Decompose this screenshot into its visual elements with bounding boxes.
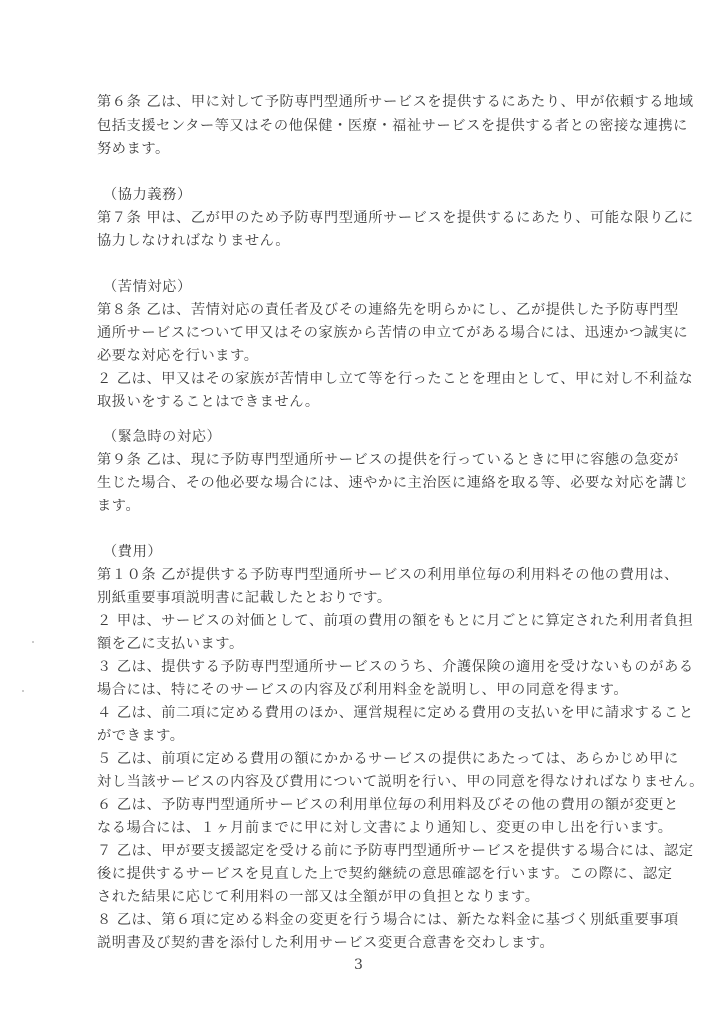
document-page: 第６条 乙は、甲に対して予防専門型通所サービスを提供するにあたり、甲が依頼する地… xyxy=(0,0,723,1024)
article-8-line-4: ２ 乙は、甲又はその家族が苦情申し立て等を行ったことを理由として、甲に対し不利益… xyxy=(97,369,693,389)
article-10-line-10: 対し当該サービスの内容及び費用について説明を行い、甲の同意を得なければなりません… xyxy=(97,772,704,792)
article-8-line-1: 第８条 乙は、苦情対応の責任者及びその連絡先を明らかにし、乙が提供した予防専門型 xyxy=(97,300,679,320)
article-7-line-2: 協力しなければなりません。 xyxy=(97,231,290,251)
article-10-line-15: された結果に応じて利用料の一部又は全額が甲の負担となります。 xyxy=(97,887,540,907)
article-10-line-8: ができます。 xyxy=(97,726,185,746)
article-10-line-16: ８ 乙は、第６項に定める料金の変更を行う場合には、新たな料金に基づく別紙重要事項 xyxy=(97,910,679,930)
article-6-line-3: 努めます。 xyxy=(97,139,170,159)
article-9-heading: （緊急時の対応） xyxy=(103,427,221,447)
scan-speck xyxy=(22,690,24,692)
article-9-line-3: ます。 xyxy=(97,496,140,516)
article-10-line-4: 額を乙に支払います。 xyxy=(97,634,244,654)
article-8-heading: （苦情対応） xyxy=(103,277,192,297)
article-10-line-9: ５ 乙は、前項に定める費用の額にかかるサービスの提供にあたっては、あらかじめ甲に xyxy=(97,749,679,769)
article-10-line-13: ７ 乙は、甲が要支援認定を受ける前に予防専門型通所サービスを提供する場合には、認… xyxy=(97,841,694,861)
scan-speck xyxy=(32,641,34,643)
article-6-line-1: 第６条 乙は、甲に対して予防専門型通所サービスを提供するにあたり、甲が依頼する地… xyxy=(97,92,694,112)
article-10-line-5: ３ 乙は、提供する予防専門型通所サービスのうち、介護保険の適用を受けないものがあ… xyxy=(97,657,694,677)
article-8-line-5: 取扱いをすることはできません。 xyxy=(97,392,320,412)
article-10-line-7: ４ 乙は、前二項に定める費用のほか、運営規程に定める費用の支払いを甲に請求するこ… xyxy=(97,703,694,723)
article-7-line-1: 第７条 甲は、乙が甲のため予防専門型通所サービスを提供するにあたり、可能な限り乙… xyxy=(97,208,694,228)
page-number: 3 xyxy=(354,955,363,975)
article-10-line-6: 場合には、特にそのサービスの内容及び利用料金を説明し、甲の同意を得ます。 xyxy=(97,680,628,700)
article-10-line-12: なる場合には、１ヶ月前までに甲に対し文書により通知し、変更の申し出を行います。 xyxy=(97,818,673,838)
article-7-heading: （協力義務） xyxy=(103,185,192,205)
article-10-line-14: 後に提供するサービスを見直した上で契約継続の意思確認を行います。この際に、認定 xyxy=(97,864,673,884)
article-8-line-2: 通所サービスについて甲又はその家族から苦情の申立てがある場合には、迅速かつ誠実に xyxy=(97,323,688,343)
article-8-line-3: 必要な対応を行います。 xyxy=(97,346,259,366)
article-6-line-2: 包括支援センター等又はその他保健・医療・福祉サービスを提供する者との密接な連携に xyxy=(97,116,688,136)
article-10-heading: （費用） xyxy=(103,542,162,562)
article-10-line-17: 説明書及び契約書を添付した利用サービス変更合意書を交わします。 xyxy=(97,933,554,953)
article-9-line-2: 生じた場合、その他必要な場合には、速やかに主治医に連絡を取る等、必要な対応を講じ xyxy=(97,473,689,493)
article-10-line-2: 別紙重要事項説明書に記載したとおりです。 xyxy=(97,588,392,608)
article-9-line-1: 第９条 乙は、現に予防専門型通所サービスの提供を行っているときに甲に容態の急変が xyxy=(97,450,679,470)
article-10-line-3: ２ 甲は、サービスの対価として、前項の費用の額をもとに月ごとに算定された利用者負… xyxy=(97,611,693,631)
article-10-line-11: ６ 乙は、予防専門型通所サービスの利用単位毎の利用料及びその他の費用の額が変更と xyxy=(97,795,679,815)
article-10-line-1: 第１０条 乙が提供する予防専門型通所サービスの利用単位毎の利用料その他の費用は、 xyxy=(97,565,679,585)
